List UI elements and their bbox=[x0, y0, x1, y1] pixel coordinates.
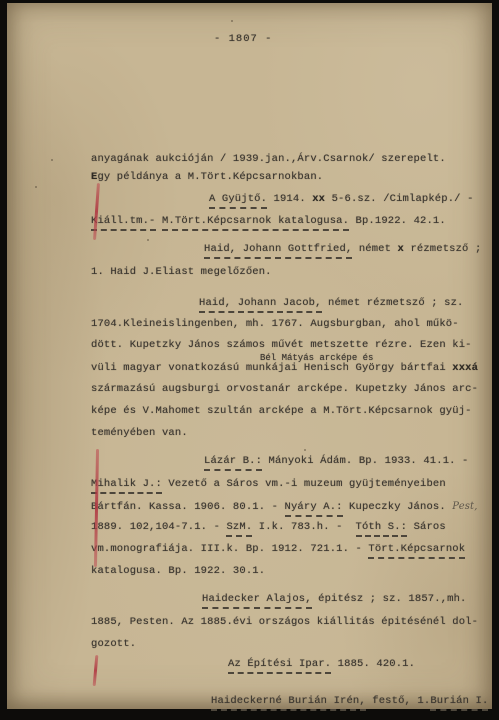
text-line: A Gyüjtő. 1914. xx 5-6.sz. /Cimlapkép./ … bbox=[209, 193, 474, 206]
underlined-text-segment: Tört.Képcsarnok bbox=[368, 543, 465, 559]
text-segment: anyagának aukcióján / 1939.jan.,Árv.Csar… bbox=[91, 153, 446, 165]
text-line: származású augsburgi orvostanár arcképe.… bbox=[91, 383, 478, 396]
text-line: Haidecker Alajos, épitész ; sz. 1857.,mh… bbox=[202, 593, 467, 606]
text-line: Haideckerné Burián Irén, festő, 1.Burián… bbox=[211, 695, 488, 708]
text-segment: gy példánya a M.Tört.Képcsarnokban. bbox=[97, 171, 323, 183]
text-segment: 1. Haid J.Eliast megelőzően. bbox=[91, 266, 272, 278]
text-segment: xxxá bbox=[452, 362, 478, 374]
scanned-page: - 1807 -anyagának aukcióján / 1939.jan.,… bbox=[7, 3, 492, 709]
underlined-text-segment: Haid, Johann Gottfried, bbox=[204, 243, 352, 259]
scan-border: - 1807 -anyagának aukcióján / 1939.jan.,… bbox=[0, 0, 499, 720]
text-line: vüli magyar vonatkozású munkájai Henisch… bbox=[91, 362, 478, 375]
text-line: Haid, Johann Jacob, német rézmetsző ; sz… bbox=[199, 297, 464, 310]
underlined-text-segment: M.Tört.Képcsarnok katalogusa. bbox=[162, 215, 349, 231]
underlined-text-segment: Haid, Johann Jacob, bbox=[199, 297, 322, 313]
text-segment: festő, 1. bbox=[366, 695, 431, 707]
text-line: Egy példánya a M.Tört.Képcsarnokban. bbox=[91, 171, 323, 184]
text-segment: német rézmetsző ; sz. bbox=[322, 297, 464, 309]
text-segment: származású augsburgi orvostanár arcképe.… bbox=[91, 383, 478, 395]
underlined-text-segment: A Gyüjtő. bbox=[209, 193, 267, 209]
paper-speck bbox=[147, 239, 149, 241]
text-segment: vm.monografiája. III.k. Bp. 1912. 721.1.… bbox=[91, 543, 368, 555]
red-pen-margin-stroke bbox=[93, 183, 99, 240]
underlined-text-segment: SzM. bbox=[226, 521, 252, 537]
text-segment: teményében van. bbox=[91, 427, 188, 439]
text-segment: 1889. 102,104-7.1. - bbox=[91, 521, 226, 533]
page-number: - 1807 - bbox=[214, 33, 272, 46]
handwritten-note: Pest, bbox=[452, 501, 477, 512]
text-segment: Bp.1922. 42.1. bbox=[349, 215, 446, 227]
text-segment: katalogusa. Bp. 1922. 30.1. bbox=[91, 565, 265, 577]
underlined-text-segment: Haidecker Alajos, bbox=[202, 593, 312, 609]
underlined-text-segment: Kiáll.tm.- bbox=[91, 215, 156, 231]
text-line: 1889. 102,104-7.1. - SzM. I.k. 783.h. - … bbox=[91, 521, 446, 534]
text-segment: Sáros bbox=[407, 521, 446, 533]
text-segment: Bártfán. Kassa. 1906. 80.1. - bbox=[91, 501, 285, 513]
text-segment: Vezető a Sáros vm.-i muzeum gyüjteményei… bbox=[162, 478, 446, 490]
paper-speck bbox=[231, 20, 233, 22]
text-segment: rézmetsző ; bbox=[404, 243, 481, 255]
text-line: anyagának aukcióján / 1939.jan.,Árv.Csar… bbox=[91, 153, 446, 166]
text-line: Az Építési Ipar. 1885. 420.1. bbox=[228, 658, 415, 671]
text-segment: gozott. bbox=[91, 638, 136, 650]
text-segment: I.k. 783.h. - bbox=[252, 521, 355, 533]
text-line: katalogusa. Bp. 1922. 30.1. bbox=[91, 565, 265, 578]
text-segment: épitész ; sz. 1857.,mh. bbox=[312, 593, 467, 605]
text-segment: 5-6.sz. /Cimlapkép./ - bbox=[325, 193, 473, 205]
text-line: Lázár B.: Mányoki Ádám. Bp. 1933. 41.1. … bbox=[204, 455, 469, 468]
text-segment: 1704.Kleineislingenben, mh. 1767. Augsbu… bbox=[91, 318, 459, 330]
text-segment: Mányoki Ádám. Bp. 1933. 41.1. - bbox=[262, 455, 468, 467]
text-line: vm.monografiája. III.k. Bp. 1912. 721.1.… bbox=[91, 543, 465, 556]
text-line: dött. Kupetzky János számos művét metsze… bbox=[91, 339, 472, 352]
text-segment: Kupeczky János. bbox=[343, 501, 453, 513]
paper-speck bbox=[304, 449, 306, 451]
text-segment: képe és V.Mahomet szultán arcképe a M.Tö… bbox=[91, 405, 472, 417]
underlined-text-segment: Tóth S.: bbox=[356, 521, 408, 537]
underlined-text-segment: Az Építési Ipar. bbox=[228, 658, 331, 674]
underlined-text-segment: Haideckerné Burián Irén, bbox=[211, 695, 366, 711]
text-segment: 1885. 420.1. bbox=[331, 658, 415, 670]
text-segment: xx bbox=[312, 193, 325, 205]
text-line: Haid, Johann Gottfried, német x rézmetsz… bbox=[204, 243, 481, 256]
underlined-text-segment: Burián I. bbox=[430, 695, 488, 711]
text-line: Bártfán. Kassa. 1906. 80.1. - Nyáry A.: … bbox=[91, 500, 478, 514]
underlined-text-segment: Nyáry A.: bbox=[285, 501, 343, 517]
text-segment: dött. Kupetzky János számos művét metsze… bbox=[91, 339, 472, 351]
text-line: 1. Haid J.Eliast megelőzően. bbox=[91, 266, 272, 279]
text-line: teményében van. bbox=[91, 427, 188, 440]
text-line: képe és V.Mahomet szultán arcképe a M.Tö… bbox=[91, 405, 472, 418]
text-line: Kiáll.tm.- M.Tört.Képcsarnok katalogusa.… bbox=[91, 215, 446, 228]
paper-speck bbox=[35, 186, 37, 188]
text-line: 1704.Kleineislingenben, mh. 1767. Augsbu… bbox=[91, 318, 459, 331]
text-segment: vüli magyar vonatkozású munkájai Henisch… bbox=[91, 362, 452, 374]
text-segment: - 1807 - bbox=[214, 33, 272, 45]
underlined-text-segment: Lázár B.: bbox=[204, 455, 262, 471]
text-line: Mihalik J.: Vezető a Sáros vm.-i muzeum … bbox=[91, 478, 446, 491]
text-line: 1885, Pesten. Az 1885.évi országos kiáll… bbox=[91, 616, 478, 629]
text-segment: német bbox=[352, 243, 397, 255]
text-segment: 1914. bbox=[267, 193, 312, 205]
paper-speck bbox=[51, 159, 53, 161]
text-line: gozott. bbox=[91, 638, 136, 651]
red-pen-margin-stroke bbox=[93, 655, 98, 686]
text-segment: 1885, Pesten. Az 1885.évi országos kiáll… bbox=[91, 616, 478, 628]
underlined-text-segment: Mihalik J.: bbox=[91, 478, 162, 494]
